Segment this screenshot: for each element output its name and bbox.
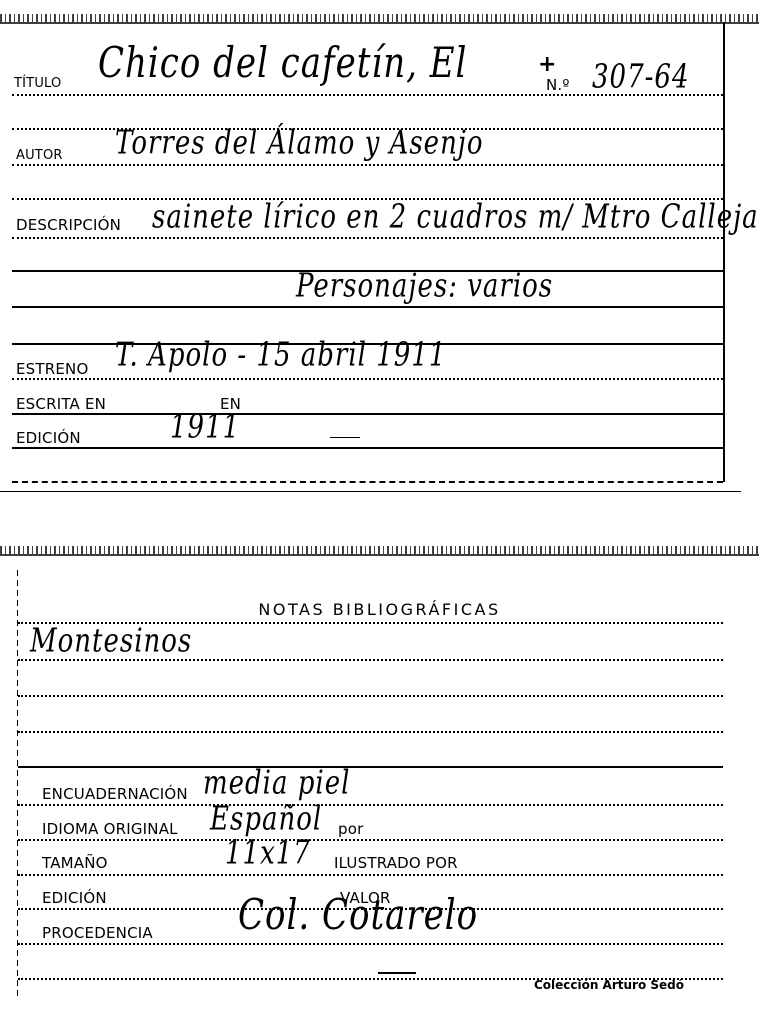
rule-line xyxy=(18,693,723,697)
titulo-label: TÍTULO xyxy=(14,76,61,91)
numero-value: 307-64 xyxy=(592,59,690,97)
scanned-card-edge xyxy=(0,14,759,22)
pen-mark xyxy=(330,437,360,438)
ilustrado-por-label: ILUSTRADO POR xyxy=(334,854,458,872)
titulo-line xyxy=(12,92,723,96)
edicion-back-label: EDICIÓN xyxy=(42,889,107,907)
tamano-label: TAMAÑO xyxy=(42,854,108,872)
rule-line xyxy=(12,479,723,483)
autor-line xyxy=(12,162,723,166)
idioma-original-label: IDIOMA ORIGINAL xyxy=(42,820,178,838)
encuadernacion-value: media piel xyxy=(203,765,350,803)
descripcion-line xyxy=(12,235,723,239)
autor-value: Torres del Álamo y Asenjo xyxy=(115,125,484,163)
autor-label: AUTOR xyxy=(16,148,63,163)
tamano-line xyxy=(18,872,723,876)
encuadernacion-line xyxy=(18,802,723,806)
procedencia-label: PROCEDENCIA xyxy=(42,924,153,942)
rule-line xyxy=(12,304,723,308)
descripcion-value: sainete lírico en 2 cuadros m/ Mtro Call… xyxy=(152,199,759,237)
escrita-en-line xyxy=(12,411,723,415)
rule-line xyxy=(18,729,723,733)
notas-heading: NOTAS BIBLIOGRÁFICAS xyxy=(0,600,759,619)
rule-line xyxy=(18,764,723,768)
pen-mark xyxy=(378,972,416,974)
por-label: por xyxy=(338,820,363,838)
estreno-line xyxy=(12,376,723,380)
descripcion-label: DESCRIPCIÓN xyxy=(16,216,121,234)
titulo-value: Chico del cafetín, El xyxy=(98,38,467,88)
cross-mark-icon: + xyxy=(538,54,556,76)
tamano-value: 11x17 xyxy=(225,835,311,873)
idioma-original-line xyxy=(18,837,723,841)
idioma-original-value: Español xyxy=(210,801,322,839)
card-separator xyxy=(0,491,741,492)
edicion-value: 1911 xyxy=(170,409,240,447)
encuadernacion-label: ENCUADERNACIÓN xyxy=(42,785,188,803)
notas-value: Montesinos xyxy=(30,623,192,661)
catalog-card-front: TÍTULO Chico del cafetín, El + N.º 307-6… xyxy=(0,0,759,492)
procedencia-value: Col. Cotarelo xyxy=(238,890,478,940)
card-border-right xyxy=(723,22,725,482)
procedencia-line xyxy=(18,941,723,945)
descripcion-value-line2: Personajes: varios xyxy=(296,268,553,306)
estreno-value: T. Apolo - 15 abril 1911 xyxy=(115,337,446,375)
rule-line xyxy=(18,657,723,661)
scanned-card-edge xyxy=(0,546,759,554)
collection-footer: Colección Arturo Sedó xyxy=(534,978,684,992)
edicion-line xyxy=(12,445,723,449)
catalog-card-back: NOTAS BIBLIOGRÁFICAS Montesinos ENCUADER… xyxy=(0,540,759,1028)
card-border-left xyxy=(17,570,18,1000)
